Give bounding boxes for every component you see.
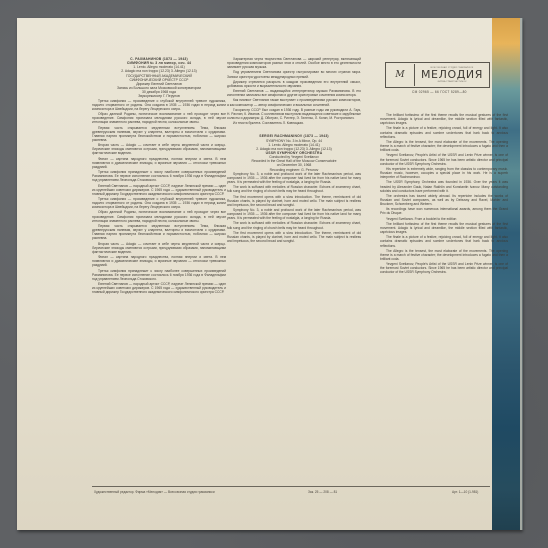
sleeve-edge — [520, 18, 523, 530]
english-paragraph: The first movement opens with a slow int… — [227, 195, 361, 207]
brand-subtitle-bottom: ФИРМА ГРАМПЛАСТИНОК — [437, 81, 466, 83]
russian-paragraph: Третья симфония — произведение о глубоко… — [92, 197, 226, 209]
russian-paragraph: Евгений Светланов — выдающийся интерпрет… — [227, 89, 361, 97]
russian-paragraph: Как пианист Светланов также выступает с … — [227, 98, 361, 106]
english-paragraph: The finale is a picture of a festive, re… — [380, 126, 508, 138]
russian-paragraph: Первая часть открывается медленным вступ… — [92, 224, 226, 241]
footer-credit: Художественный редактор. Фирма «Мелодия»… — [94, 490, 215, 494]
melodiya-emblem-icon: M — [386, 64, 415, 86]
catalog-number: СМ 02965 — 66 ГОСТ 5289—80 — [412, 90, 467, 94]
english-paragraph: The USSR Symphony Orchestra was founded … — [380, 180, 508, 192]
russian-notes-column: С. РАХМАНИНОВ (1873 — 1943)СИМФОНИЯ № 3 … — [92, 57, 226, 459]
russian-paragraph: Третья симфония — произведение о глубоко… — [92, 99, 226, 111]
english-paragraph: Yevgeni Svetlanov, People's Artist of th… — [380, 153, 508, 165]
english-paragraph: The work is suffused with melodies of Ru… — [227, 221, 361, 229]
notes-column-middle: Характерная черта творчества Светланова … — [227, 57, 361, 477]
english-paragraph: Symphony No. 3, a noble and profound wor… — [227, 208, 361, 220]
russian-paragraph: Госоркестр СССР был создан в 1936 году. … — [227, 108, 361, 120]
english-paragraph: The orchestra has toured widely abroad. … — [380, 194, 508, 206]
english-paragraph: His repertoire is extremely wide, rangin… — [380, 167, 508, 179]
english-paragraph: The finale is a picture of a festive, re… — [380, 235, 508, 247]
melodiya-logo: M ВСЕСОЮЗНАЯ СТУДИЯ ГРАМЗАПИСИ МЕЛОДИЯ Ф… — [385, 62, 490, 88]
english-notes-column: The brilliant fortissimo of the first th… — [380, 113, 508, 478]
english-paragraph: The brilliant fortissimo of the first th… — [380, 222, 508, 234]
english-paragraph: Symphony No. 3, a noble and profound wor… — [227, 172, 361, 184]
footer-divider — [92, 486, 490, 487]
russian-paragraph: Вторая часть — Adagio — сочетает в себе … — [92, 143, 226, 155]
english-paragraph: The work is suffused with melodies of Ru… — [227, 185, 361, 193]
russian-paragraph: Третья симфония принадлежит к числу наиб… — [92, 269, 226, 281]
russian-paragraph: Евгений Светланов — народный артист СССР… — [92, 282, 226, 294]
english-paragraph: The Allegro is the tensest, the most ela… — [380, 140, 508, 152]
russian-paragraph: Евгений Светланов — народный артист СССР… — [92, 184, 226, 196]
footer-order-number: Зак. 25 — 208 — 81 — [308, 490, 337, 494]
english-paragraph: The brilliant fortissimo of the first th… — [380, 113, 508, 125]
russian-paragraph: Под управлением Светланова оркестр гастр… — [227, 70, 361, 78]
russian-paragraph: Первая часть открывается медленным вступ… — [92, 126, 226, 143]
english-paragraph: The first movement opens with a slow int… — [227, 231, 361, 243]
english-paragraph: The Allegro is the tensest, the most ela… — [380, 249, 508, 261]
russian-paragraph: Финал — картина народного празднества, п… — [92, 157, 226, 169]
russian-paragraph: Вторая часть — Adagio — сочетает в себе … — [92, 242, 226, 254]
english-paragraph: Yevgeni Svetlanov, People's Artist of th… — [380, 262, 508, 274]
russian-paragraph: Дирижер стремится раскрыть в каждом прои… — [227, 80, 361, 88]
russian-paragraph: Из текста буклета. Составитель Л. Ковнац… — [227, 121, 361, 125]
english-paragraph: Yevgeni Svetlanov. From a booklet to the… — [380, 217, 508, 221]
russian-paragraph: Финал — картина народного празднества, п… — [92, 255, 226, 267]
russian-paragraph: Образ далекой Родины, поэтическое воспом… — [92, 210, 226, 222]
english-paragraph: Its recordings have won numerous interna… — [380, 207, 508, 215]
russian-paragraph: Третья симфония принадлежит к числу наиб… — [92, 170, 226, 182]
russian-paragraph: Характерная черта творчества Светланова … — [227, 57, 361, 69]
footer-article: Арт. 1—10 (1-981) — [452, 490, 478, 494]
russian-paragraph: Образ далекой Родины, поэтическое воспом… — [92, 112, 226, 124]
brand-name: МЕЛОДИЯ — [421, 69, 483, 81]
